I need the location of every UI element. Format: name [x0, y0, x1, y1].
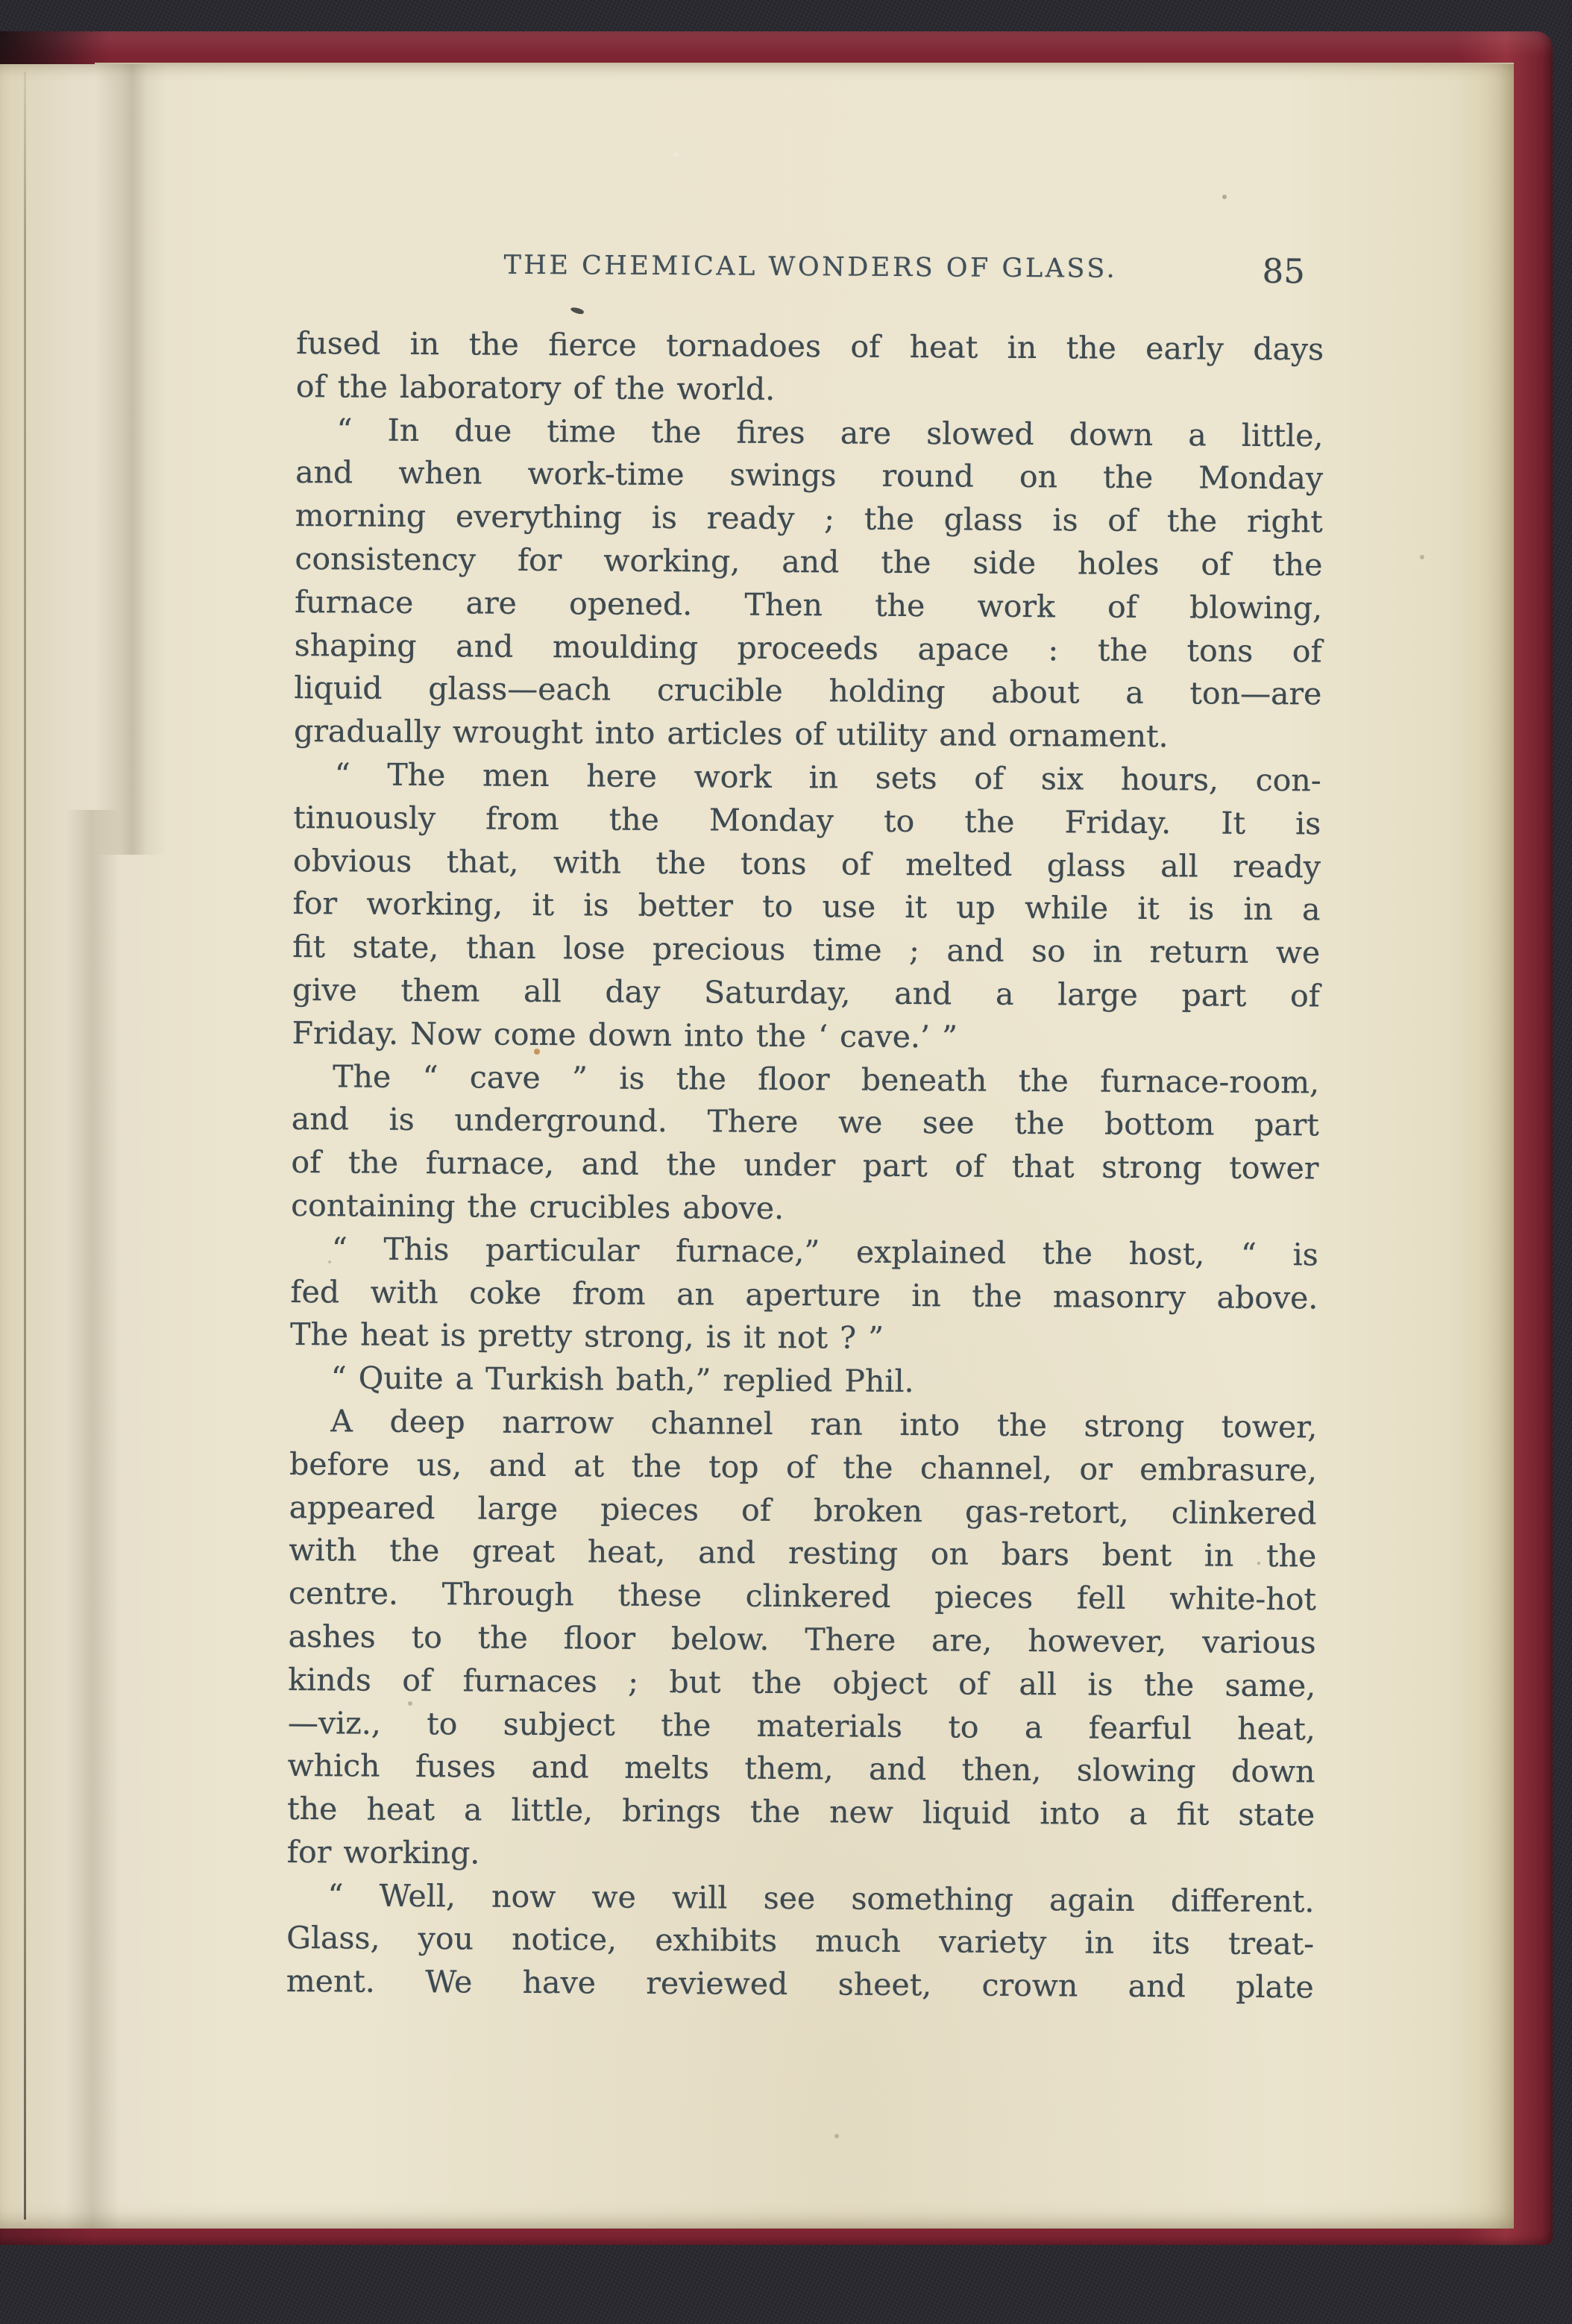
text-line: The “ cave ” is the floor beneath the fu…	[292, 1055, 1319, 1105]
text-line: tinuously from the Monday to the Friday.…	[293, 797, 1321, 846]
page-number: 85	[1262, 254, 1305, 289]
text-line: Friday. Now come down into the ‘ cave.’ …	[292, 1012, 1319, 1061]
text-line: with the great heat, and resting on bars…	[289, 1529, 1316, 1578]
text-line: morning everything is ready ; the glass …	[295, 494, 1323, 544]
text-line: gradually wrought into articles of utili…	[294, 710, 1321, 759]
text-line: The heat is pretty strong, is it not ? ”	[290, 1313, 1318, 1363]
text-line: for working, it is better to use it up w…	[292, 882, 1320, 932]
paper-specks	[0, 0, 3, 3]
text-line: and is underground. There we see the bot…	[292, 1098, 1319, 1147]
text-line: kinds of furnaces ; but the object of al…	[288, 1659, 1315, 1708]
text-line: of the furnace, and the under part of th…	[291, 1141, 1318, 1190]
text-line: —viz., to subject the materials to a fea…	[288, 1701, 1315, 1750]
text-line: A deep narrow channel ran into the stron…	[289, 1400, 1317, 1449]
text-line: for working.	[287, 1831, 1315, 1880]
text-line: before us, and at the top of the channel…	[289, 1443, 1317, 1492]
page-edge-line	[24, 72, 26, 2220]
text-line: “ This particular furnace,” explained th…	[291, 1228, 1318, 1277]
text-line: centre. Through these clinkered pieces f…	[289, 1572, 1316, 1621]
page-crease-top	[95, 64, 167, 855]
text-line: ment. We have reviewed sheet, crown and …	[286, 1960, 1314, 2009]
scanned-book-photo: THE CHEMICAL WONDERS OF GLASS. 85 fused …	[0, 0, 1572, 2324]
body-text: fused in the fierce tornadoes of heat in…	[286, 322, 1324, 2009]
text-line: “ In due time the fires are slowed down …	[295, 409, 1323, 458]
text-line: consistency for working, and the side ho…	[295, 538, 1322, 587]
running-header-title: THE CHEMICAL WONDERS OF GLASS.	[297, 247, 1324, 287]
text-line: fed with coke from an aperture in the ma…	[290, 1271, 1318, 1320]
text-line: appeared large pieces of broken gas-reto…	[289, 1486, 1316, 1535]
text-line: fit state, than lose precious time ; and…	[292, 926, 1320, 975]
text-line: furnace are opened. Then the work of blo…	[295, 581, 1322, 630]
running-header: THE CHEMICAL WONDERS OF GLASS. 85	[297, 247, 1324, 287]
text-line: “ The men here work in sets of six hours…	[293, 753, 1321, 803]
text-line: the heat a little, brings the new liquid…	[287, 1788, 1315, 1837]
text-line: obvious that, with the tons of melted gl…	[293, 840, 1321, 889]
text-line: containing the crucibles above.	[291, 1184, 1318, 1234]
text-line: which fuses and melts them, and then, sl…	[287, 1744, 1315, 1794]
text-line: and when work-time swings round on the M…	[295, 451, 1323, 500]
text-line: of the laboratory of the world.	[296, 365, 1324, 415]
text-line: “ Well, now we will see something again …	[286, 1874, 1314, 1923]
page-crease-bottom	[66, 810, 119, 2229]
text-line: fused in the fierce tornadoes of heat in…	[296, 322, 1324, 371]
text-line: give them all day Saturday, and a large …	[292, 969, 1320, 1018]
text-line: “ Quite a Turkish bath,” replied Phil.	[290, 1357, 1318, 1406]
text-line: Glass, you notice, exhibits much variety…	[286, 1917, 1314, 1966]
text-line: ashes to the floor below. There are, how…	[288, 1615, 1315, 1665]
page-content: THE CHEMICAL WONDERS OF GLASS. 85 fused …	[286, 247, 1324, 2009]
text-line: shaping and moulding proceeds apace : th…	[295, 624, 1322, 673]
text-line: liquid glass—each crucible holding about…	[294, 667, 1321, 716]
